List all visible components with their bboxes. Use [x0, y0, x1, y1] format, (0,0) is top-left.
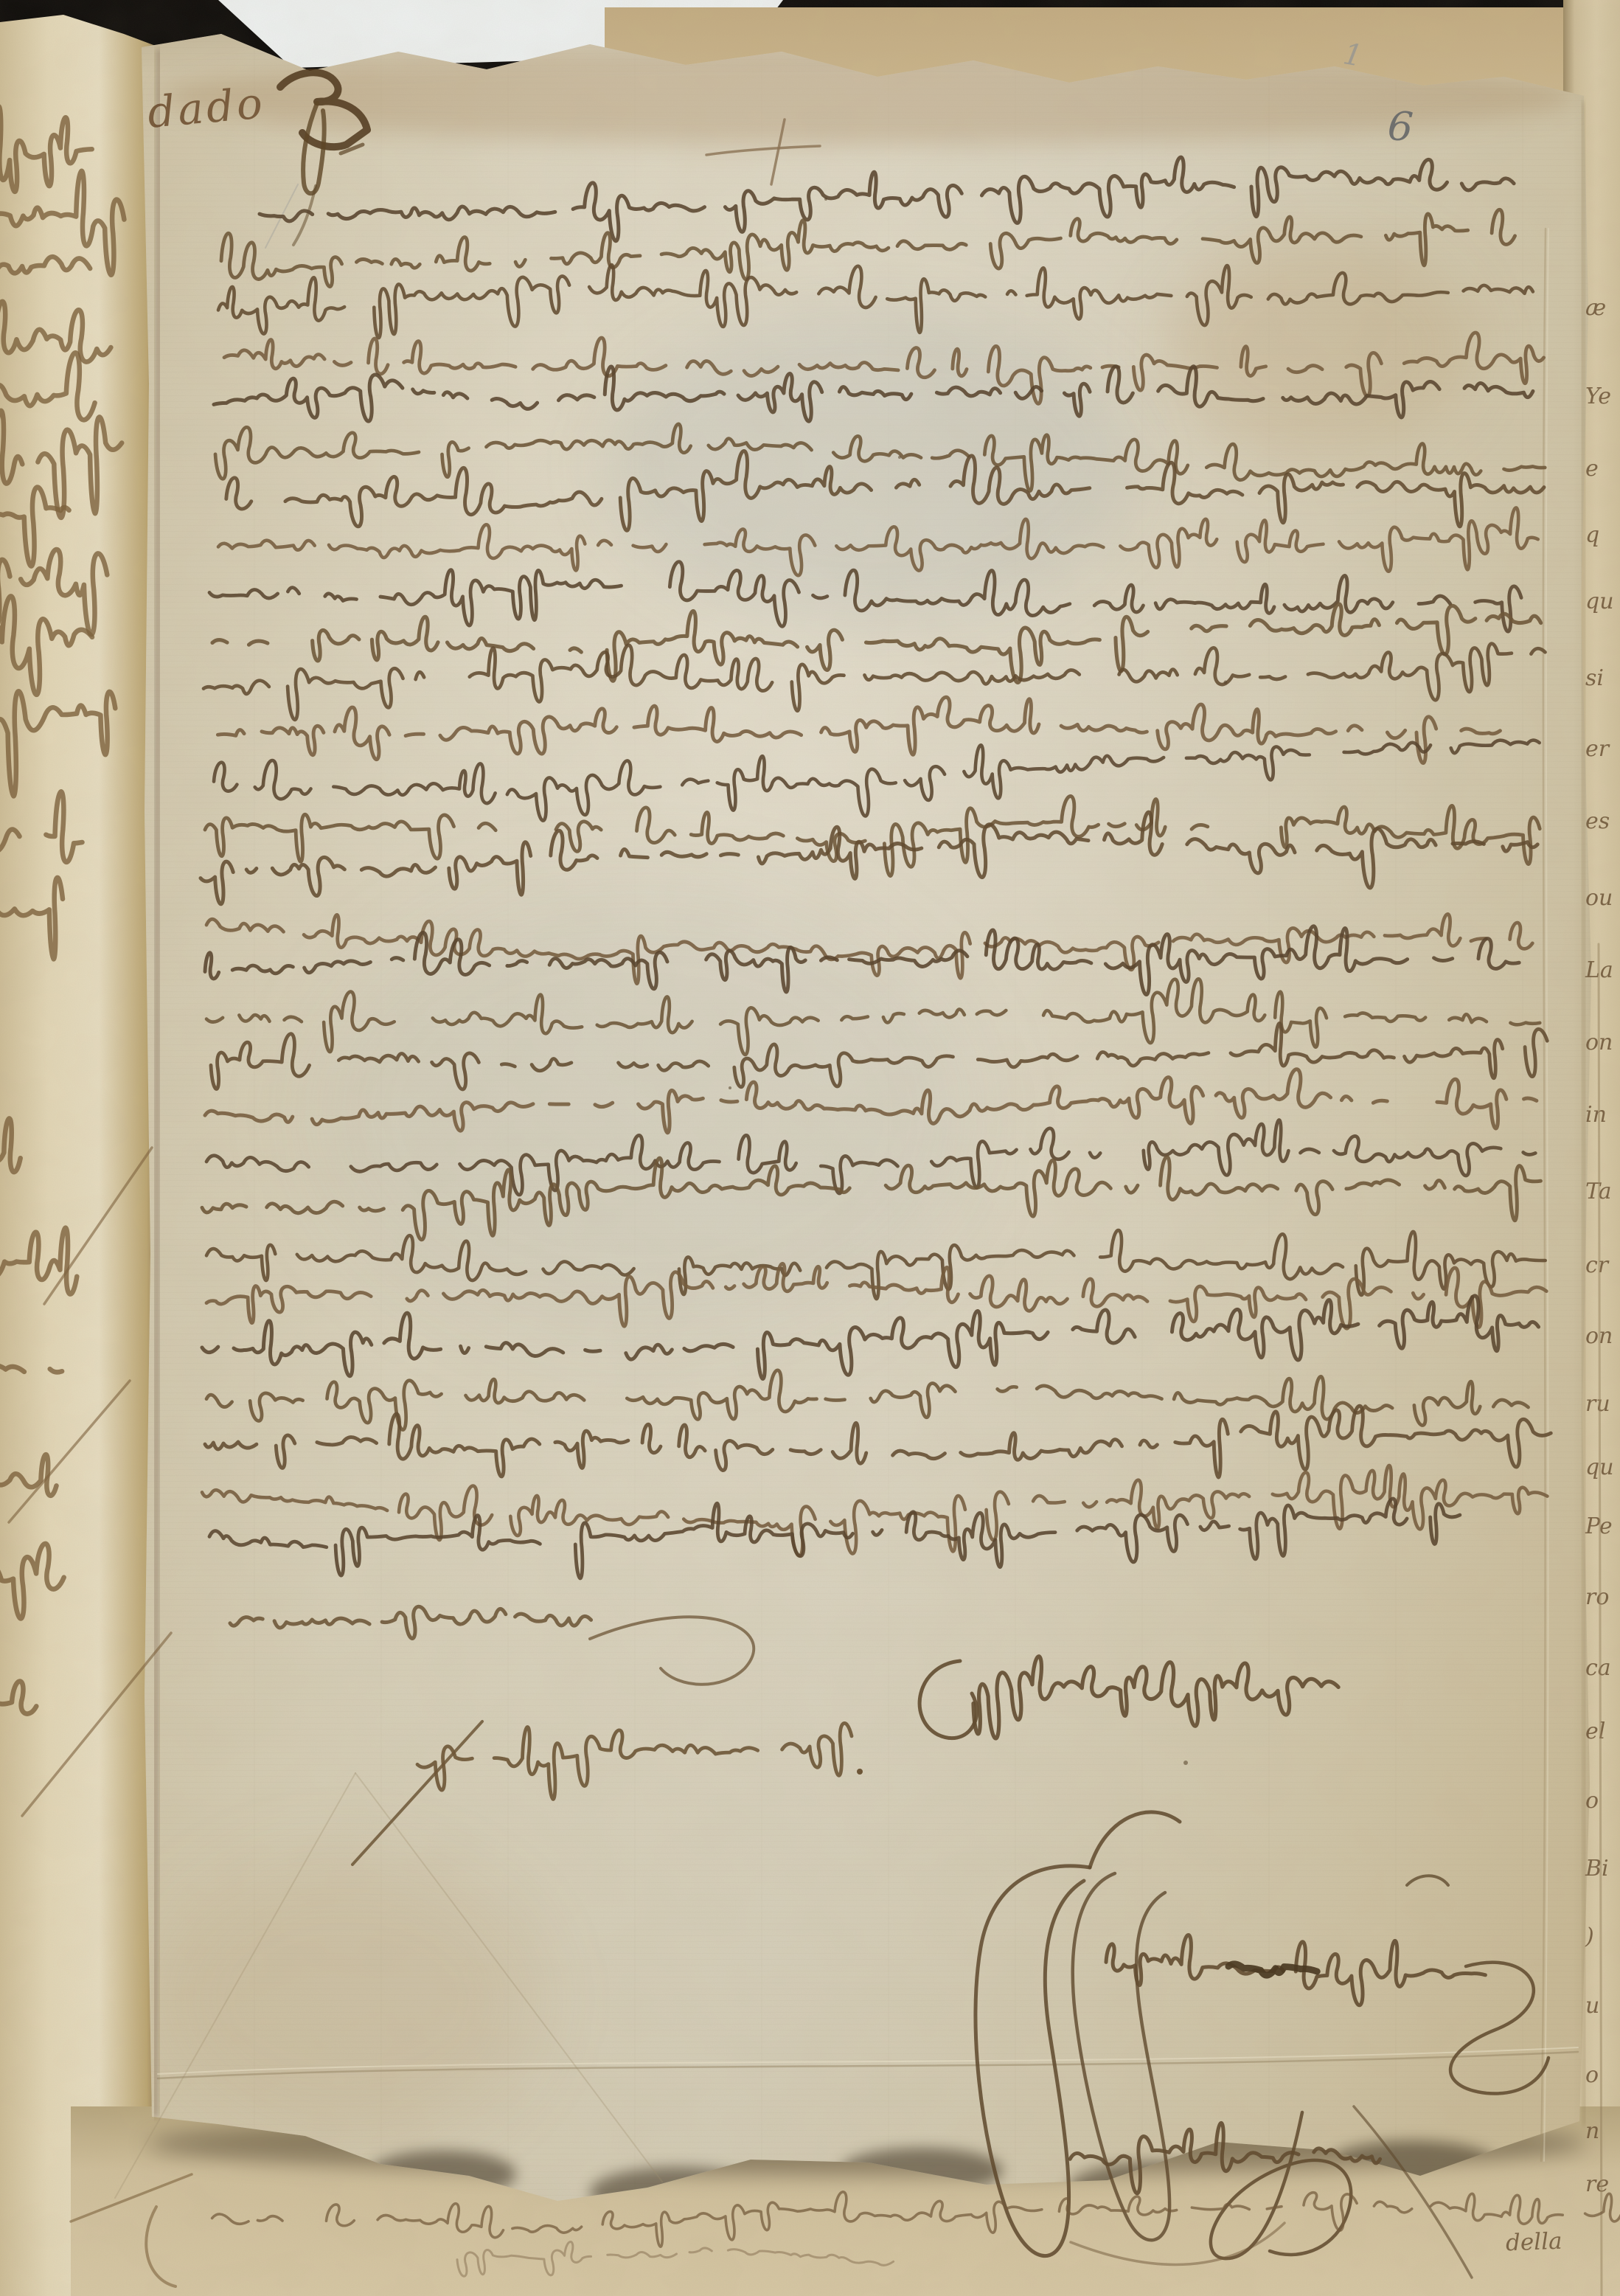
edge-text-fragment: el	[1585, 1718, 1605, 1744]
edge-text-fragment: q	[1585, 522, 1599, 548]
edge-text-fragment: o	[1585, 2062, 1599, 2088]
edge-text-fragment: æ	[1585, 295, 1606, 321]
edge-text-fragment: Ye	[1585, 384, 1611, 409]
edge-text-fragment: on	[1585, 1030, 1613, 1055]
edge-text-fragment: si	[1585, 665, 1604, 691]
archival-photo-stage: dado 6 1 della æYeeqqusieresouLaoninTacr…	[0, 0, 1620, 2296]
under-page-text-fragment: della	[1505, 2228, 1562, 2257]
paper-stain	[1165, 236, 1475, 457]
edge-text-fragment: re	[1585, 2171, 1609, 2197]
edge-text-fragment: er	[1585, 736, 1609, 762]
edge-text-fragment: Ta	[1585, 1179, 1612, 1204]
edge-text-fragment: n	[1585, 2118, 1599, 2144]
paper-stain	[605, 310, 1136, 620]
edge-text-fragment: La	[1585, 957, 1613, 983]
edge-text-fragment: ru	[1585, 1391, 1610, 1417]
edge-text-fragment: qu	[1585, 1454, 1614, 1480]
edge-text-fragment: ro	[1585, 1584, 1609, 1610]
folio-number: 6	[1386, 103, 1415, 150]
edge-text-fragment: es	[1585, 808, 1610, 834]
edge-text-fragment: o	[1585, 1788, 1599, 1814]
edge-text-fragment: Bi	[1585, 1856, 1609, 1881]
edge-text-fragment: Pe	[1585, 1513, 1613, 1539]
edge-text-fragment: ou	[1585, 885, 1613, 911]
edge-text-fragment: on	[1585, 1323, 1613, 1349]
paper-stain	[155, 1859, 538, 2139]
edge-text-fragment: u	[1585, 1993, 1599, 2019]
margin-annotation-dado: dado	[145, 77, 267, 138]
edge-text-fragment: qu	[1585, 589, 1614, 614]
left-adjacent-folio	[0, 0, 159, 2296]
edge-text-fragment: )	[1585, 1924, 1594, 1949]
edge-text-fragment: cr	[1585, 1252, 1608, 1278]
paper-stain	[310, 885, 973, 1342]
manuscript-page	[0, 0, 1620, 2296]
edge-text-fragment: e	[1585, 456, 1599, 482]
edge-text-fragment: ca	[1585, 1655, 1611, 1681]
edge-text-fragment: in	[1585, 1102, 1607, 1128]
